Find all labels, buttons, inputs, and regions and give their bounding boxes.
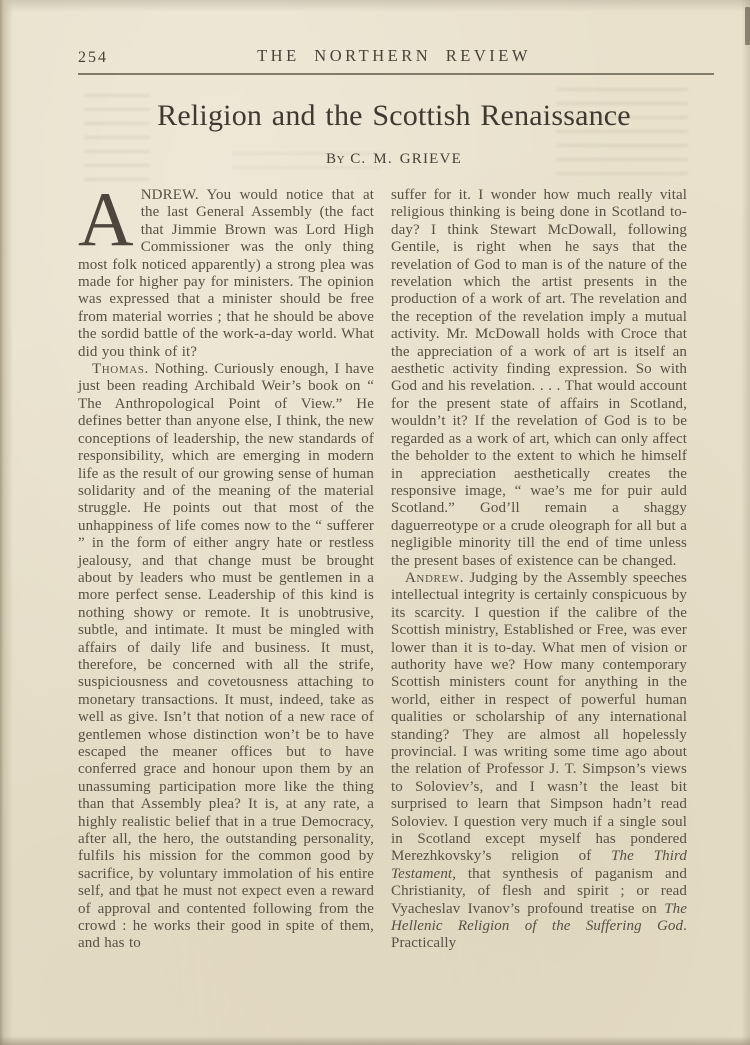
byline-prefix: By [326,151,345,167]
page-edge-bottom [0,1036,750,1045]
text-run: Andrew. [405,570,464,586]
paragraph: Andrew. Judging by the Assembly speeches… [391,570,687,953]
byline: ByC. M. GRIEVE [78,151,710,168]
byline-author: C. M. GRIEVE [350,151,462,167]
column-right: suffer for it. I wonder how much really … [391,187,687,953]
page-number: 254 [78,49,108,67]
binding-shadow-mark [745,7,750,45]
text-run: Nothing. Curiously enough, I have just b… [78,361,374,951]
text-run: Thomas. [92,361,149,377]
journal-title: THE NORTHERN REVIEW [257,44,531,68]
paragraph: ANDREW. You would notice that at the las… [78,187,374,361]
running-head: 254 THE NORTHERN REVIEW [78,44,710,68]
drop-cap-letter: A [78,189,134,255]
article-body: ANDREW. You would notice that at the las… [78,187,687,953]
text-run: Judging by the Assembly speeches intelle… [391,570,687,865]
page-edge-right [741,0,750,1045]
column-left: ANDREW. You would notice that at the las… [78,187,374,953]
scanned-page: 254 THE NORTHERN REVIEW Religion and the… [0,0,750,1045]
text-run: suffer for it. I wonder how much really … [391,187,687,569]
paragraph: suffer for it. I wonder how much really … [391,187,687,570]
paragraph: Thomas. Nothing. Curiously enough, I hav… [78,361,374,953]
page-edge-top [0,0,750,12]
header-rule [78,73,714,75]
article-title: Religion and the Scottish Renaissance [78,99,710,133]
page-edge-left [0,0,13,1045]
